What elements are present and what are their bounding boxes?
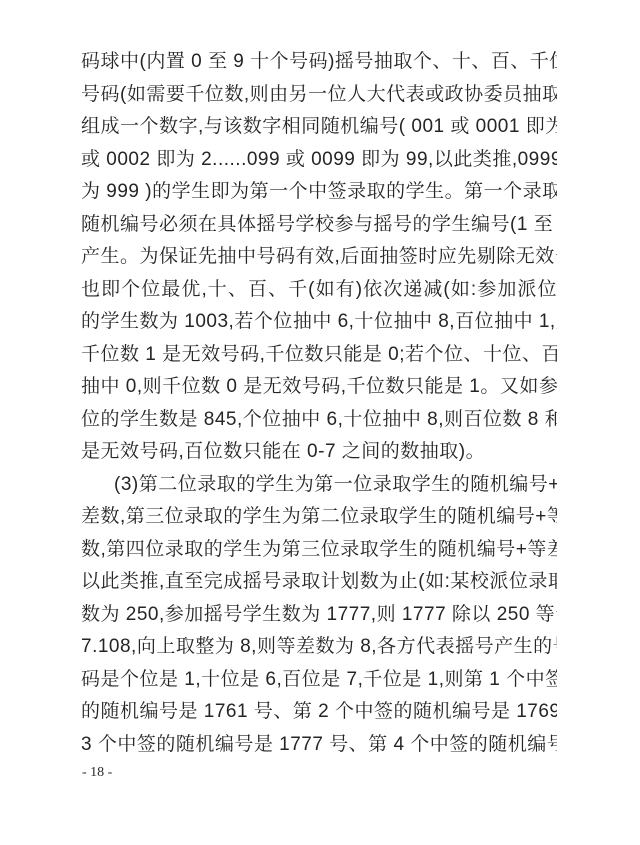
- text-line: 的学生数为 1003,若个位抽中 6,十位抽中 8,百位抽中 1,则: [81, 306, 557, 339]
- text-line: 号码(如需要千位数,则由另一位人大代表或政协委员抽取),: [81, 79, 557, 112]
- text-line-paragraph-end: 是无效号码,百位数只能在 0-7 之间的数抽取)。: [81, 436, 557, 469]
- body-text-block: 码球中(内置 0 至 9 十个号码)摇号抽取个、十、百、千位数 号码(如需要千位…: [81, 46, 557, 761]
- text-line: 千位数 1 是无效号码,千位数只能是 0;若个位、十位、百位全: [81, 339, 557, 372]
- text-line: 码球中(内置 0 至 9 十个号码)摇号抽取个、十、百、千位数: [81, 46, 557, 79]
- text-line-paragraph-start: (3)第二位录取的学生为第一位录取学生的随机编号+等: [81, 469, 557, 502]
- text-line: 码是个位是 1,十位是 6,百位是 7,千位是 1,则第 1 个中签: [81, 664, 557, 697]
- text-line: 的随机编号是 1761 号、第 2 个中签的随机编号是 1769 号、第: [81, 696, 557, 729]
- text-line: 以此类推,直至完成摇号录取计划数为止(如:某校派位录取: [81, 566, 557, 599]
- text-line: 7.108,向上取整为 8,则等差数为 8,各方代表摇号产生的号: [81, 631, 557, 664]
- document-page: 码球中(内置 0 至 9 十个号码)摇号抽取个、十、百、千位数 号码(如需要千位…: [0, 0, 640, 845]
- text-line: 抽中 0,则千位数 0 是无效号码,千位数只能是 1。又如参加派: [81, 371, 557, 404]
- text-line: 为 999 )的学生即为第一个中签录取的学生。第一个录取学生的: [81, 176, 557, 209]
- text-line: 也即个位最优,十、百、千(如有)依次递减(如:参加派位: [81, 274, 557, 307]
- text-line: 3 个中签的随机编号是 1777 号、第 4 个中签的随机编号是 8: [81, 729, 557, 762]
- page-number: - 18 -: [82, 763, 112, 783]
- text-line: 组成一个数字,与该数字相同随机编号( 001 或 0001 即为 1,002: [81, 111, 557, 144]
- text-line: 或 0002 即为 2......099 或 0099 即为 99,以此类推,0…: [81, 144, 557, 177]
- text-line: 随机编号必须在具体摇号学校参与摇号的学生编号(1 至 n)内: [81, 209, 557, 242]
- text-line: 差数,第三位录取的学生为第二位录取学生的随机编号+等差: [81, 501, 557, 534]
- text-line: 位的学生数是 845,个位抽中 6,十位抽中 8,则百位数 8 和 9: [81, 404, 557, 437]
- text-line: 产生。为保证先抽中号码有效,后面抽签时应先剔除无效号码。: [81, 241, 557, 274]
- text-line: 数为 250,参加摇号学生数为 1777,则 1777 除以 250 等于: [81, 599, 557, 632]
- text-line: 数,第四位录取的学生为第三位录取学生的随机编号+等差数,: [81, 534, 557, 567]
